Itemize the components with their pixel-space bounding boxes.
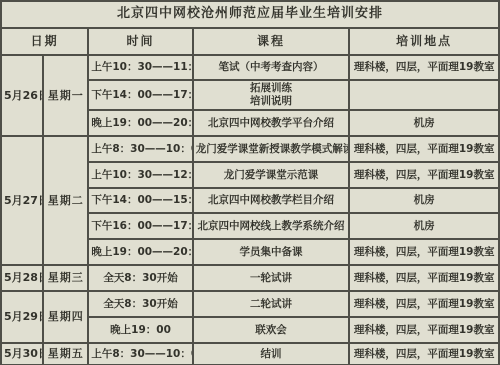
course-cell: 北京四中网校教学栏目介绍 (193, 188, 350, 213)
session-row: 5月28日 星期三 全天8：30开始 一轮试讲 理科楼，四层，平面理19教室 (1, 265, 499, 291)
course-cell: 北京四中网校教学平台介绍 (193, 110, 350, 136)
time-cell: 上午8：30——10：00 (88, 136, 192, 162)
time-cell: 上午8：30——10：00 (88, 343, 192, 365)
schedule-page: 北京四中网校沧州师范应届毕业生培训安排 日期 时间 课程 培训地点 5月26日 … (0, 0, 500, 365)
header-location: 培训地点 (349, 28, 499, 55)
location-cell: 机房 (349, 213, 499, 239)
location-cell: 机房 (349, 110, 499, 136)
weekday-cell: 星期二 (43, 136, 88, 265)
course-cell: 结训 (193, 343, 350, 365)
table-title: 北京四中网校沧州师范应届毕业生培训安排 (1, 1, 499, 28)
time-cell: 下午14：00——15：30 (88, 188, 192, 213)
location-cell: 机房 (349, 188, 499, 213)
location-cell: 理科楼，四层，平面理19教室 (349, 55, 499, 80)
date-cell: 5月27日 (1, 136, 43, 265)
date-cell: 5月30日 (1, 343, 43, 365)
location-cell: 理科楼，四层，平面理19教室 (349, 265, 499, 291)
training-schedule-table: 北京四中网校沧州师范应届毕业生培训安排 日期 时间 课程 培训地点 5月26日 … (0, 0, 500, 365)
header-row: 日期 时间 课程 培训地点 (1, 28, 499, 55)
header-date: 日期 (1, 28, 88, 55)
session-row: 5月30日 星期五 上午8：30——10：00 结训 理科楼，四层，平面理19教… (1, 343, 499, 365)
location-cell: 理科楼，四层，平面理19教室 (349, 317, 499, 343)
course-cell: 龙门爱学课堂示范课 (193, 162, 350, 188)
header-course: 课程 (193, 28, 350, 55)
date-cell: 5月29日 (1, 291, 43, 343)
course-cell: 龙门爱学课堂新授课教学模式解读 (193, 136, 350, 162)
location-cell (349, 80, 499, 110)
course-cell: 笔试（中考考查内容） (193, 55, 350, 80)
title-row: 北京四中网校沧州师范应届毕业生培训安排 (1, 1, 499, 28)
course-cell: 拓展训练 培训说明 (193, 80, 350, 110)
time-cell: 全天8：30开始 (88, 291, 192, 317)
location-cell: 理科楼，四层，平面理19教室 (349, 162, 499, 188)
time-cell: 下午16：00——17：00 (88, 213, 192, 239)
time-cell: 晚上19：00——20：30 (88, 110, 192, 136)
weekday-cell: 星期三 (43, 265, 88, 291)
weekday-cell: 星期四 (43, 291, 88, 343)
time-cell: 全天8：30开始 (88, 265, 192, 291)
time-cell: 上午10：30——11：30 (88, 55, 192, 80)
time-cell: 晚上19：00——20：30 (88, 239, 192, 265)
course-cell: 联欢会 (193, 317, 350, 343)
course-cell: 学员集中备课 (193, 239, 350, 265)
session-row: 5月26日 星期一 上午10：30——11：30 笔试（中考考查内容） 理科楼，… (1, 55, 499, 80)
location-cell: 理科楼，四层，平面理19教室 (349, 136, 499, 162)
session-row: 5月29日 星期四 全天8：30开始 二轮试讲 理科楼，四层，平面理19教室 (1, 291, 499, 317)
time-cell: 上午10：30——12：00 (88, 162, 192, 188)
course-cell: 一轮试讲 (193, 265, 350, 291)
session-row: 5月27日 星期二 上午8：30——10：00 龙门爱学课堂新授课教学模式解读 … (1, 136, 499, 162)
time-cell: 下午14：00——17：00 (88, 80, 192, 110)
location-cell: 理科楼，四层，平面理19教室 (349, 291, 499, 317)
date-cell: 5月26日 (1, 55, 43, 136)
header-time: 时间 (88, 28, 192, 55)
date-cell: 5月28日 (1, 265, 43, 291)
location-cell: 理科楼，四层，平面理19教室 (349, 239, 499, 265)
course-cell: 二轮试讲 (193, 291, 350, 317)
location-cell: 理科楼，四层，平面理19教室 (349, 343, 499, 365)
time-cell: 晚上19：00 (88, 317, 192, 343)
weekday-cell: 星期五 (43, 343, 88, 365)
weekday-cell: 星期一 (43, 55, 88, 136)
course-cell: 北京四中网校线上教学系统介绍 (193, 213, 350, 239)
